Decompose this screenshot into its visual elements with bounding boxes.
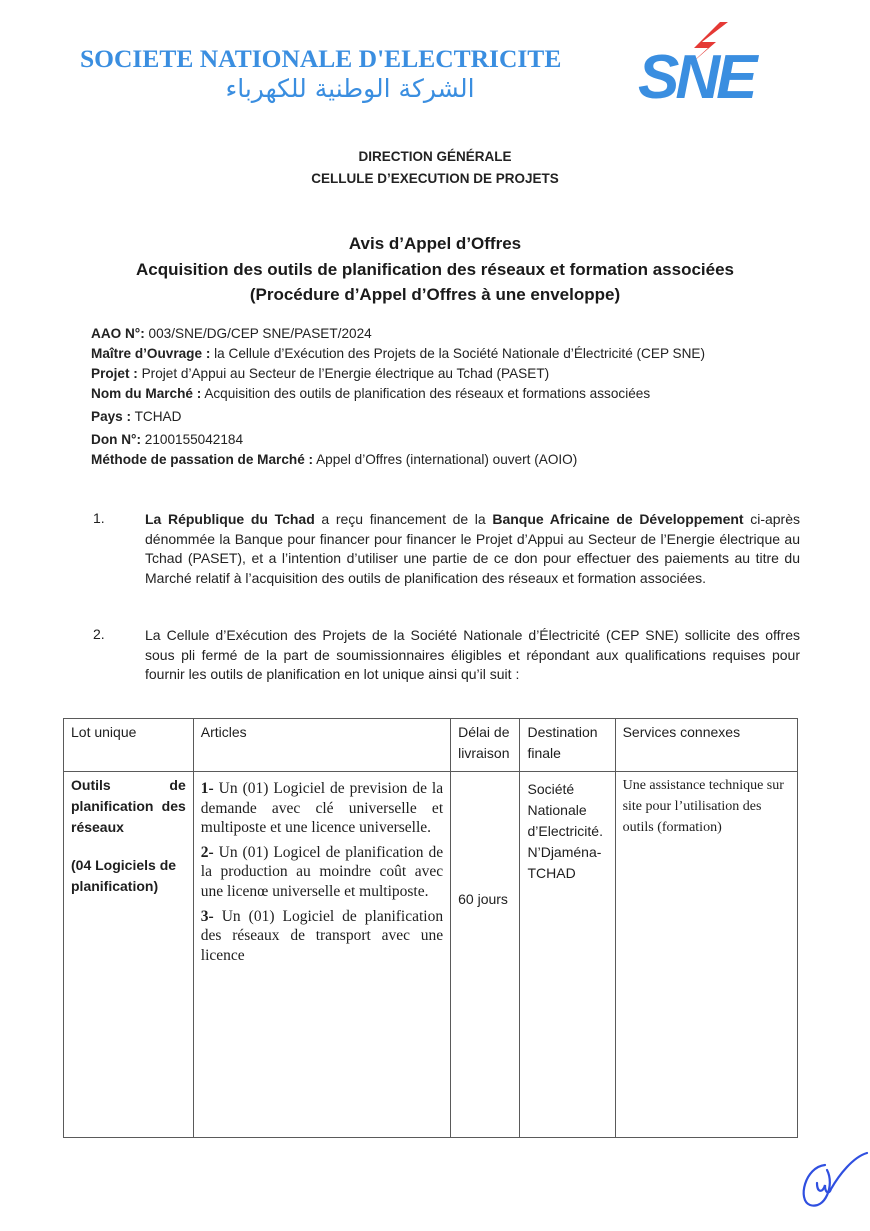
header-services: Services connexes <box>615 719 797 772</box>
meta-country: Pays : TCHAD <box>91 409 181 424</box>
lot-table: Lot unique Articles Délai de livraison D… <box>63 718 798 1138</box>
meta-procurement-method: Méthode de passation de Marché : Appel d… <box>91 452 577 467</box>
meta-client: Maître d’Ouvrage : la Cellule d’Exécutio… <box>91 346 705 361</box>
table-header-row: Lot unique Articles Délai de livraison D… <box>64 719 798 772</box>
notice-title: Avis d’Appel d’Offres <box>0 234 870 254</box>
meta-grant-number: Don N°: 2100155042184 <box>91 432 243 447</box>
meta-aao-number: AAO N°: 003/SNE/DG/CEP SNE/PASET/2024 <box>91 326 372 341</box>
paragraph-1: La République du Tchad a reçu financemen… <box>145 510 800 589</box>
cell-delay: 60 jours <box>451 772 520 1138</box>
sne-logo: SNE <box>636 18 776 102</box>
company-name-french: SOCIETE NATIONALE D'ELECTRICITE <box>80 44 561 74</box>
article-item: 2- Un (01) Logicel de planification de l… <box>201 843 443 902</box>
header-delay: Délai de livraison <box>451 719 520 772</box>
lot-name: Outils de planification des réseaux <box>71 775 186 838</box>
company-name-arabic: الشركة الوطنية للكهرباء <box>90 74 610 103</box>
cell-services: Une assistance technique sur site pour l… <box>615 772 797 1138</box>
header-destination: Destination finale <box>520 719 615 772</box>
notice-subject: Acquisition des outils de planification … <box>0 260 870 280</box>
meta-project: Projet : Projet d’Appui au Secteur de l’… <box>91 366 549 381</box>
lightning-bolt-icon: SNE <box>636 18 776 102</box>
lot-subtitle: (04 Logiciels de planification) <box>71 855 186 897</box>
department-line-1: DIRECTION GÉNÉRALE <box>0 149 870 164</box>
article-item: 3- Un (01) Logiciel de planification des… <box>201 907 443 966</box>
table-row: Outils de planification des réseaux (04 … <box>64 772 798 1138</box>
header-articles: Articles <box>193 719 450 772</box>
cell-lot: Outils de planification des réseaux (04 … <box>64 772 194 1138</box>
svg-text:SNE: SNE <box>638 43 759 102</box>
meta-contract-name: Nom du Marché : Acquisition des outils d… <box>91 386 650 401</box>
department-line-2: CELLULE D’EXECUTION DE PROJETS <box>0 171 870 186</box>
article-item: 1- Un (01) Logiciel de prevision de la d… <box>201 779 443 838</box>
cell-destination: Société Nationale d’Electricité. N’Djamé… <box>520 772 615 1138</box>
cell-articles: 1- Un (01) Logiciel de prevision de la d… <box>193 772 450 1138</box>
signature-icon <box>795 1145 870 1215</box>
paragraph-1-number: 1. <box>93 510 105 526</box>
notice-procedure: (Procédure d’Appel d’Offres à une envelo… <box>0 285 870 305</box>
paragraph-2-number: 2. <box>93 626 105 642</box>
paragraph-2: La Cellule d’Exécution des Projets de la… <box>145 626 800 685</box>
header-lot: Lot unique <box>64 719 194 772</box>
